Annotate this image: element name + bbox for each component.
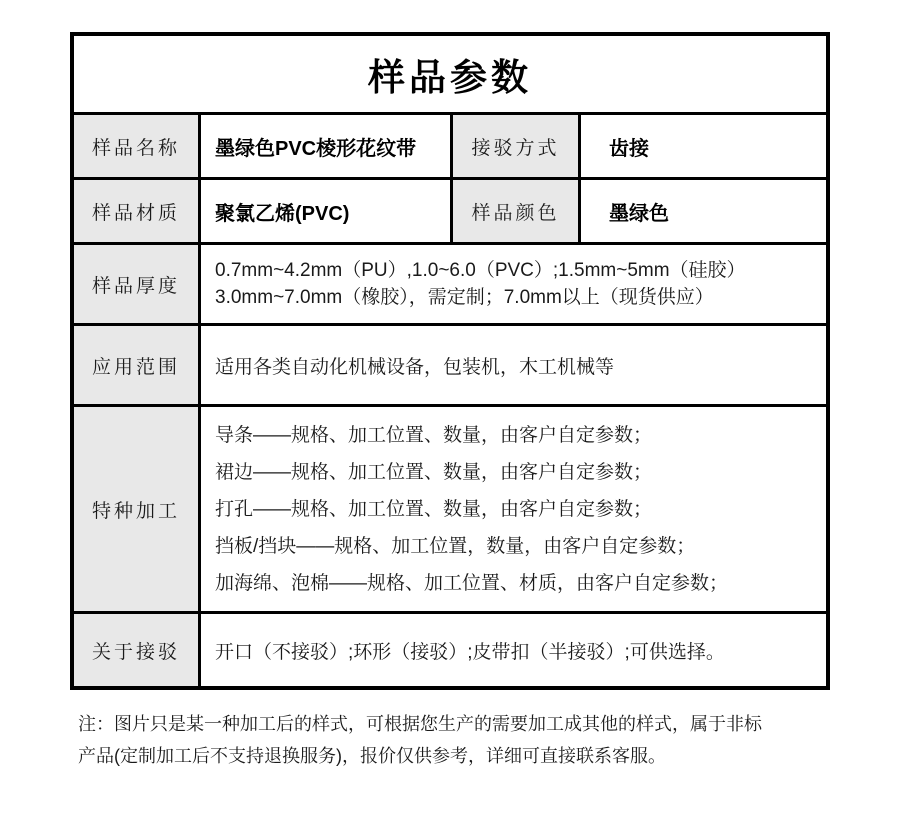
special-processing-label: 特种加工 [74,407,198,611]
table-row: 关于接驳 开口（不接驳）;环形（接驳）;皮带扣（半接驳）;可供选择。 [74,614,826,686]
thickness-line: 3.0mm~7.0mm（橡胶），需定制；7.0mm以上（现货供应） [215,284,714,311]
footer-note-line: 注：图片只是某一种加工后的样式，可根据您生产的需要加工成其他的样式，属于非标 [78,708,870,740]
application-scope-value: 适用各类自动化机械设备，包装机，木工机械等 [201,326,826,404]
sample-color-label: 样品颜色 [453,180,578,242]
processing-option: 打孔——规格、加工位置、数量，由客户自定参数； [215,491,652,528]
processing-option: 加海绵、泡棉——规格、加工位置、材质，由客户自定参数； [215,565,728,602]
joint-method-value: 齿接 [581,115,826,177]
about-joining-value: 开口（不接驳）;环形（接驳）;皮带扣（半接驳）;可供选择。 [201,614,826,686]
sample-material-value: 聚氯乙烯(PVC) [201,180,450,242]
sample-thickness-value: 0.7mm~4.2mm（PU）,1.0~6.0（PVC）;1.5mm~5mm（硅… [201,245,826,323]
sample-material-label: 样品材质 [74,180,198,242]
sample-thickness-label: 样品厚度 [74,245,198,323]
sample-color-value: 墨绿色 [581,180,826,242]
footer-note-line: 产品(定制加工后不支持退换服务)，报价仅供参考，详细可直接联系客服。 [78,740,870,772]
sample-name-label: 样品名称 [74,115,198,177]
sample-parameters-table: 样品参数 样品名称 墨绿色PVC棱形花纹带 接驳方式 齿接 样品材质 聚氯乙烯(… [70,32,830,690]
footer-note: 注：图片只是某一种加工后的样式，可根据您生产的需要加工成其他的样式，属于非标 产… [70,708,870,772]
table-row: 应用范围 适用各类自动化机械设备，包装机，木工机械等 [74,326,826,404]
application-scope-label: 应用范围 [74,326,198,404]
processing-option: 裙边——规格、加工位置、数量，由客户自定参数； [215,454,652,491]
table-row: 样品厚度 0.7mm~4.2mm（PU）,1.0~6.0（PVC）;1.5mm~… [74,245,826,323]
table-row: 样品名称 墨绿色PVC棱形花纹带 接驳方式 齿接 [74,115,826,177]
title-row: 样品参数 [74,36,826,112]
processing-option: 导条——规格、加工位置、数量，由客户自定参数； [215,417,652,454]
table-title: 样品参数 [74,36,826,112]
thickness-line: 0.7mm~4.2mm（PU）,1.0~6.0（PVC）;1.5mm~5mm（硅… [215,257,746,284]
about-joining-label: 关于接驳 [74,614,198,686]
table-row: 样品材质 聚氯乙烯(PVC) 样品颜色 墨绿色 [74,180,826,242]
processing-option: 挡板/挡块——规格、加工位置，数量，由客户自定参数； [215,528,695,565]
sample-name-value: 墨绿色PVC棱形花纹带 [201,115,450,177]
special-processing-value: 导条——规格、加工位置、数量，由客户自定参数； 裙边——规格、加工位置、数量，由… [201,407,826,611]
page: 样品参数 样品名称 墨绿色PVC棱形花纹带 接驳方式 齿接 样品材质 聚氯乙烯(… [0,0,900,815]
joint-method-label: 接驳方式 [453,115,578,177]
table-row: 特种加工 导条——规格、加工位置、数量，由客户自定参数； 裙边——规格、加工位置… [74,407,826,611]
